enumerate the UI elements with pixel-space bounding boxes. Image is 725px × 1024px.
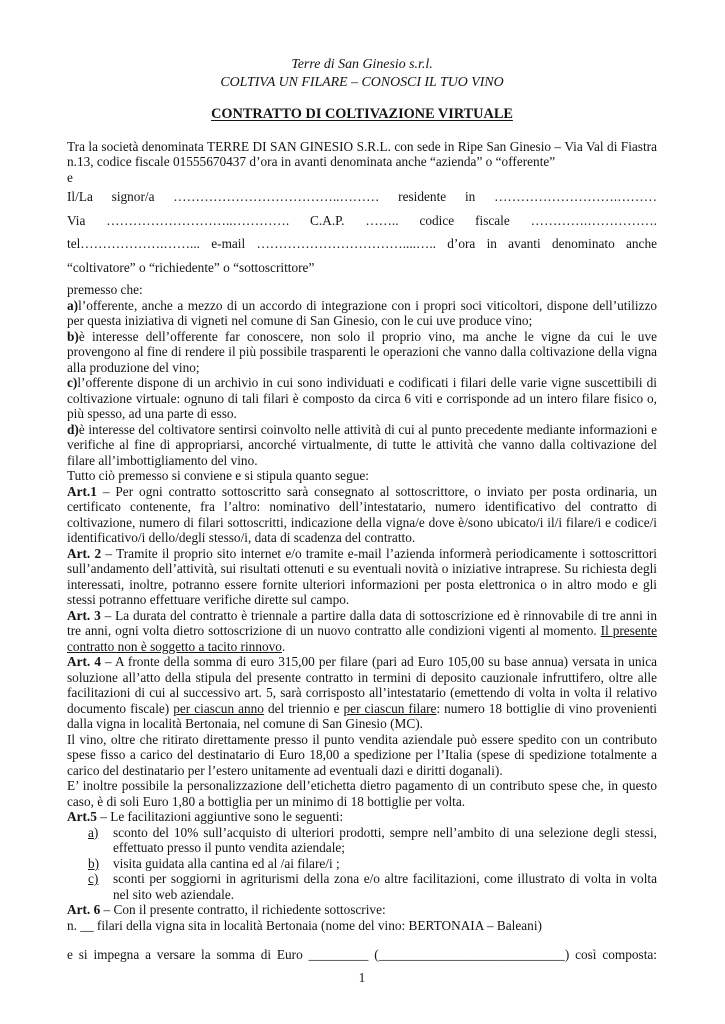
field-line-name-residence: Il/La signor/a ………………………………..……… residen… (67, 185, 657, 209)
benefit-item-c: c)sconti per soggiorni in agriturismi de… (67, 871, 657, 902)
list-marker: c) (88, 871, 98, 887)
field-line-address-cap-fiscal: Via ………………………..…………. C.A.P. …….. codice … (67, 209, 657, 233)
company-tagline: COLTIVA UN FILARE – CONOSCI IL TUO VINO (67, 74, 657, 92)
document-blocks: Tra la società denominata TERRE DI SAN G… (67, 139, 657, 967)
roles-line: “coltivatore” o “richiedente” o “sottosc… (67, 256, 657, 280)
page-number: 1 (67, 970, 657, 986)
document-title-wrap: CONTRATTO DI COLTIVAZIONE VIRTUALE (67, 106, 657, 123)
contract-page: Terre di San Ginesio s.r.l. COLTIVA UN F… (0, 0, 725, 1024)
benefit-item-a: a)sconto del 10% sull’acquisto di ulteri… (67, 825, 657, 856)
article-6: Art. 6 – Con il presente contratto, il r… (67, 902, 657, 918)
article-3: Art. 3 – La durata del contratto è trien… (67, 608, 657, 655)
document-title: CONTRATTO DI COLTIVAZIONE VIRTUALE (211, 106, 513, 122)
company-name: Terre di San Ginesio s.r.l. (67, 56, 657, 74)
article-2: Art. 2 – Tramite il proprio sito interne… (67, 546, 657, 608)
shipping-paragraph: Il vino, oltre che ritirato direttamente… (67, 732, 657, 779)
stipulation-lead: Tutto ciò premesso si conviene e si stip… (67, 468, 657, 484)
article-4: Art. 4 – A fronte della somma di euro 31… (67, 654, 657, 732)
list-marker: b) (88, 856, 99, 872)
article-1: Art.1 – Per ogni contratto sottoscritto … (67, 484, 657, 546)
premise-a: a)l’offerente, anche a mezzo di un accor… (67, 298, 657, 329)
rows-subscription-line: n. __ filari della vigna sita in localit… (67, 918, 657, 934)
field-line-tel-email: tel……………….……... e-mail ……………………………....….… (67, 232, 657, 256)
intro-paragraph: Tra la società denominata TERRE DI SAN G… (67, 139, 657, 170)
article-5: Art.5 – Le facilitazioni aggiuntive sono… (67, 809, 657, 825)
premise-heading: premesso che: (67, 282, 657, 298)
conjunction-line: e (67, 170, 657, 186)
label-paragraph: E’ inoltre possibile la personalizzazion… (67, 778, 657, 809)
premise-d: d)è interesse del coltivatore sentirsi c… (67, 422, 657, 469)
premise-c: c)l’offerente dispone di un archivio in … (67, 375, 657, 422)
premise-b: b)è interesse dell’offerente far conosce… (67, 329, 657, 376)
list-marker: a) (88, 825, 98, 841)
benefit-item-b: b)visita guidata alla cantina ed al /ai … (67, 856, 657, 872)
amount-line: e si impegna a versare la somma di Euro … (67, 943, 657, 967)
